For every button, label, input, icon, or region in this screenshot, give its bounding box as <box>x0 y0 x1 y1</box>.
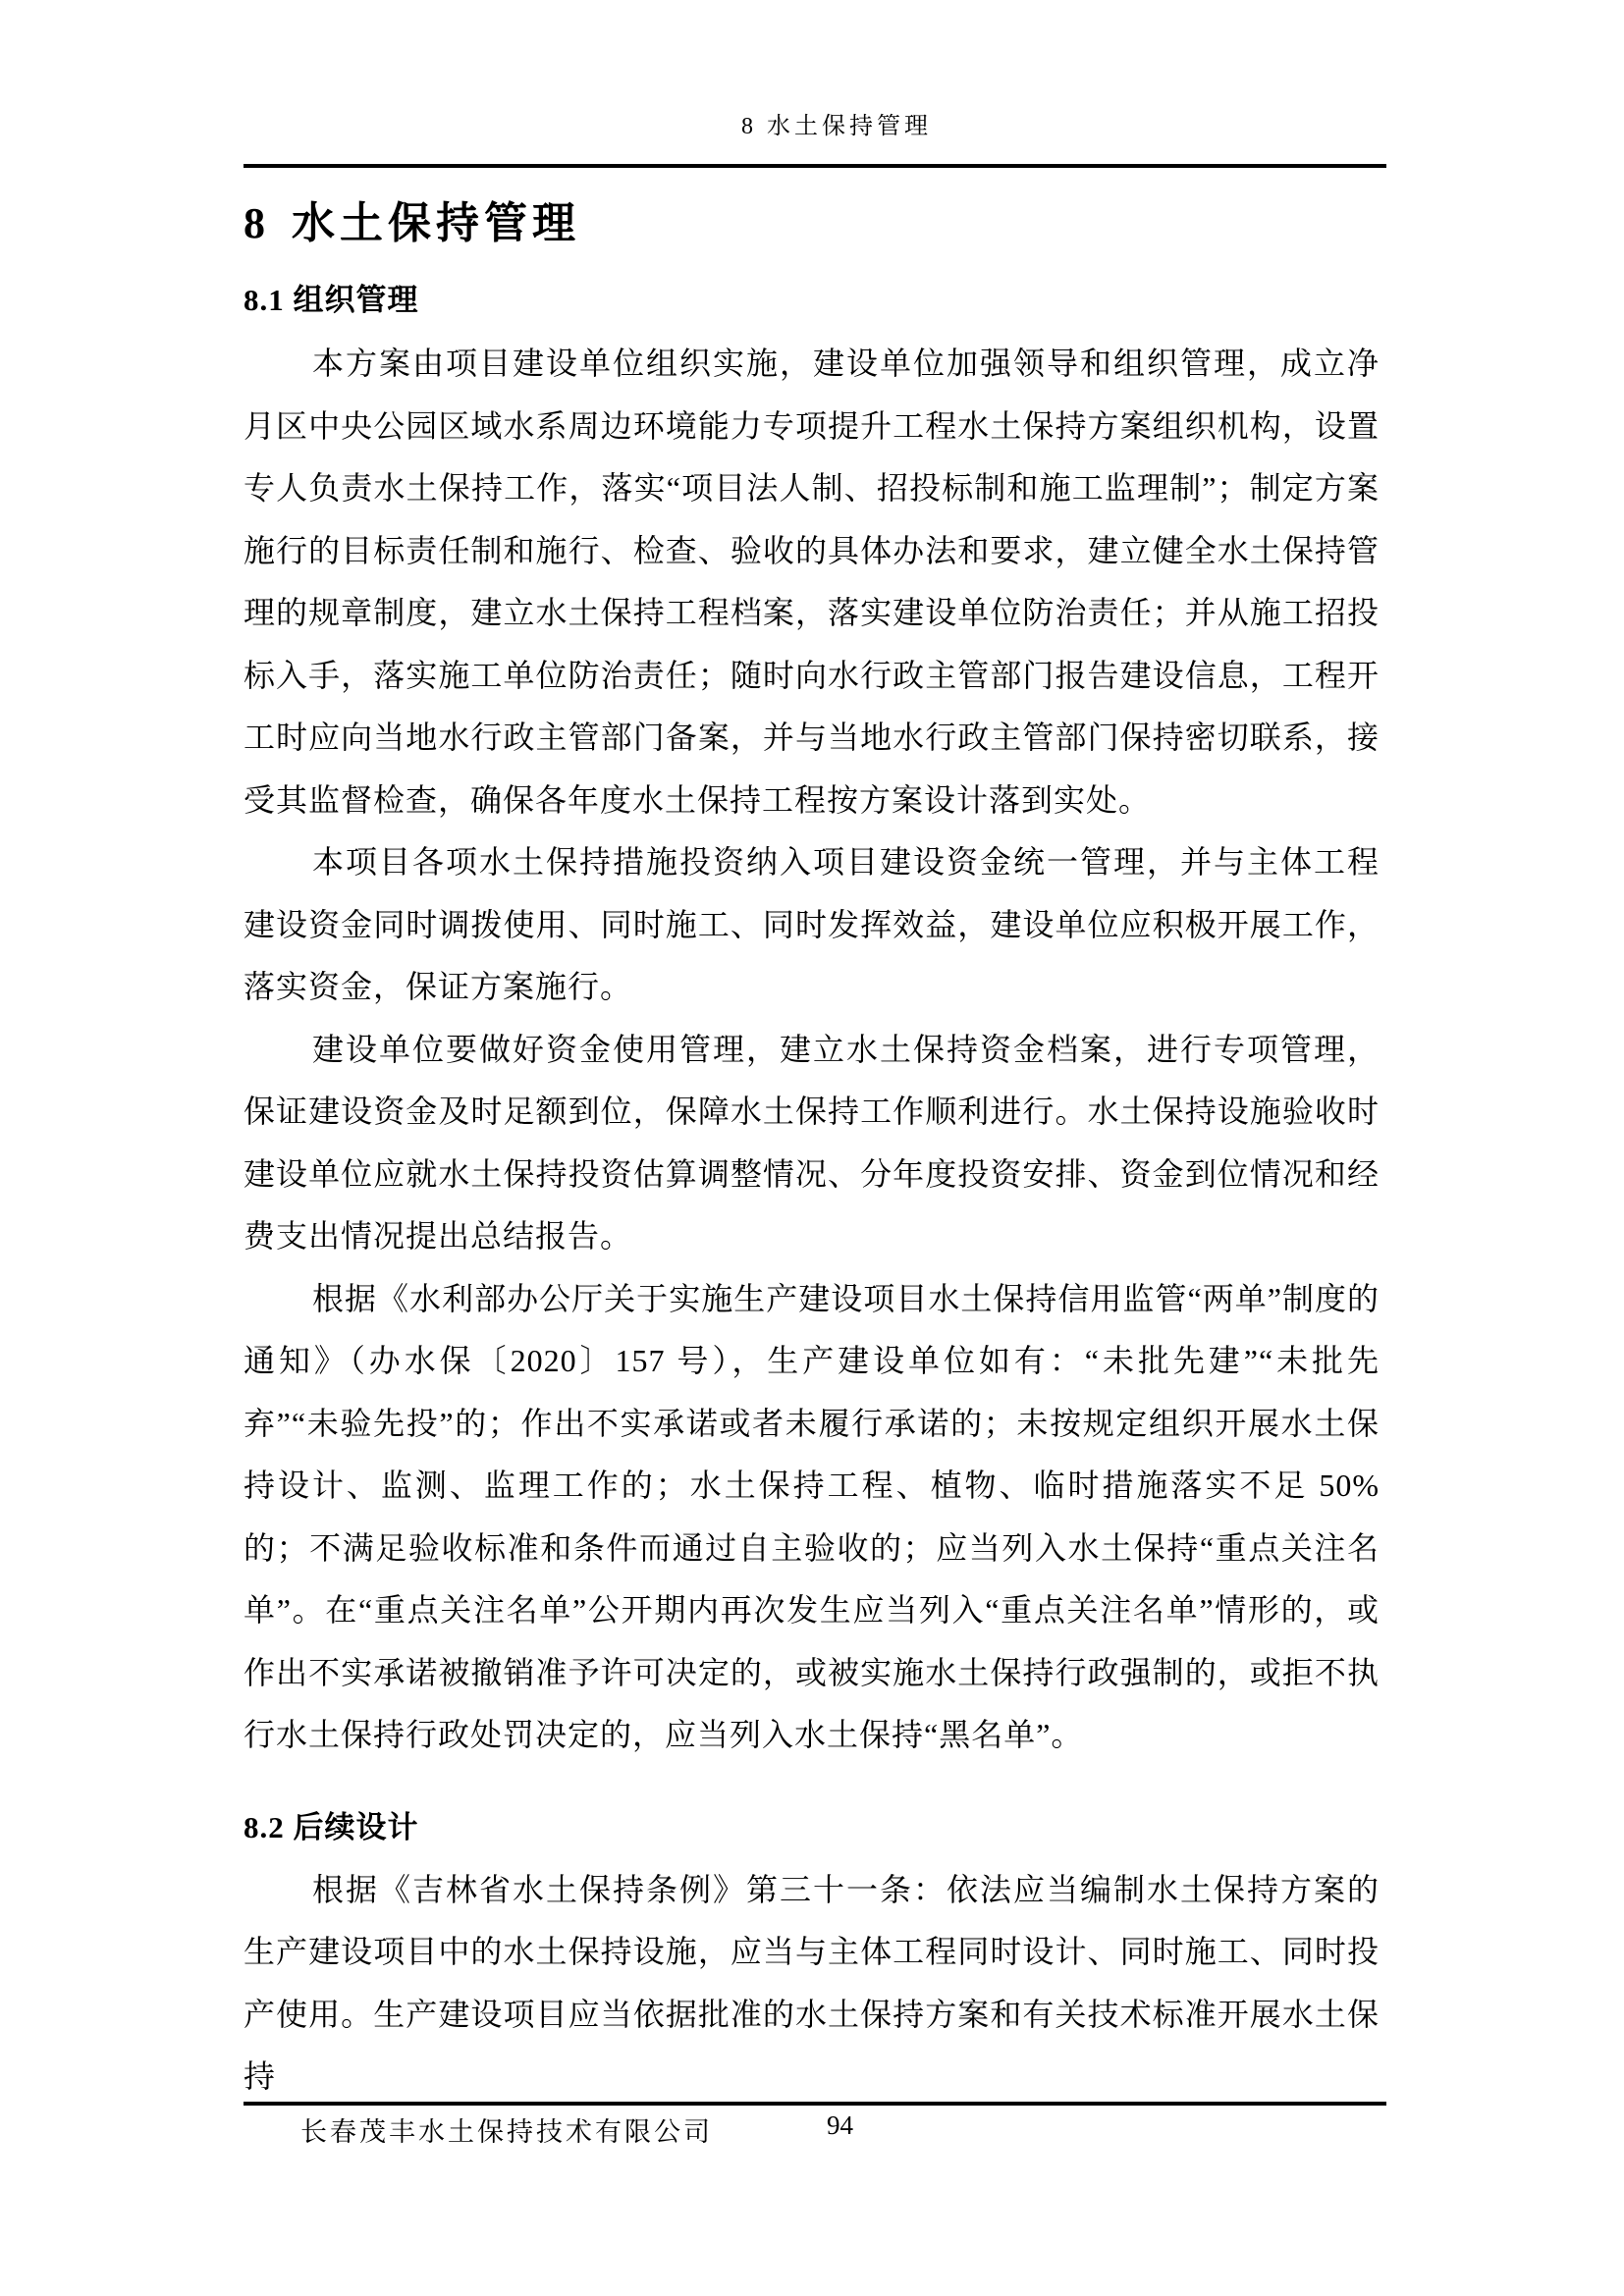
body-content: 本方案由项目建设单位组织实施，建设单位加强领导和组织管理，成立净月区中央公园区域… <box>244 333 1380 2109</box>
paragraph: 本方案由项目建设单位组织实施，建设单位加强领导和组织管理，成立净月区中央公园区域… <box>244 333 1380 831</box>
document-page: 8 水土保持管理 8水土保持管理 8.1 组织管理 本方案由项目建设单位组织实施… <box>0 0 1624 2296</box>
footer-page-number: 94 <box>827 2110 853 2141</box>
paragraph: 建设单位要做好资金使用管理，建立水土保持资金档案，进行专项管理，保证建设资金及时… <box>244 1019 1380 1268</box>
chapter-title-text: 水土保持管理 <box>292 199 580 247</box>
footer-company-name: 长春茂丰水土保持技术有限公司 <box>300 2110 713 2149</box>
chapter-number: 8 <box>244 199 270 247</box>
paragraph: 本项目各项水土保持措施投资纳入项目建设资金统一管理，并与主体工程建设资金同时调拨… <box>244 831 1380 1019</box>
paragraph: 根据《吉林省水土保持条例》第三十一条：依法应当编制水土保持方案的生产建设项目中的… <box>244 1859 1380 2109</box>
chapter-title: 8水土保持管理 <box>244 196 580 251</box>
running-header-title: 8 水土保持管理 <box>0 106 1624 140</box>
paragraph: 根据《水利部办公厅关于实施生产建设项目水土保持信用监管“两单”制度的通知》（办水… <box>244 1268 1380 1767</box>
footer-rule <box>244 2102 1386 2106</box>
header-rule <box>244 164 1386 168</box>
section-heading-8-1: 8.1 组织管理 <box>244 282 419 319</box>
section-heading-8-2: 8.2 后续设计 <box>244 1796 1380 1859</box>
